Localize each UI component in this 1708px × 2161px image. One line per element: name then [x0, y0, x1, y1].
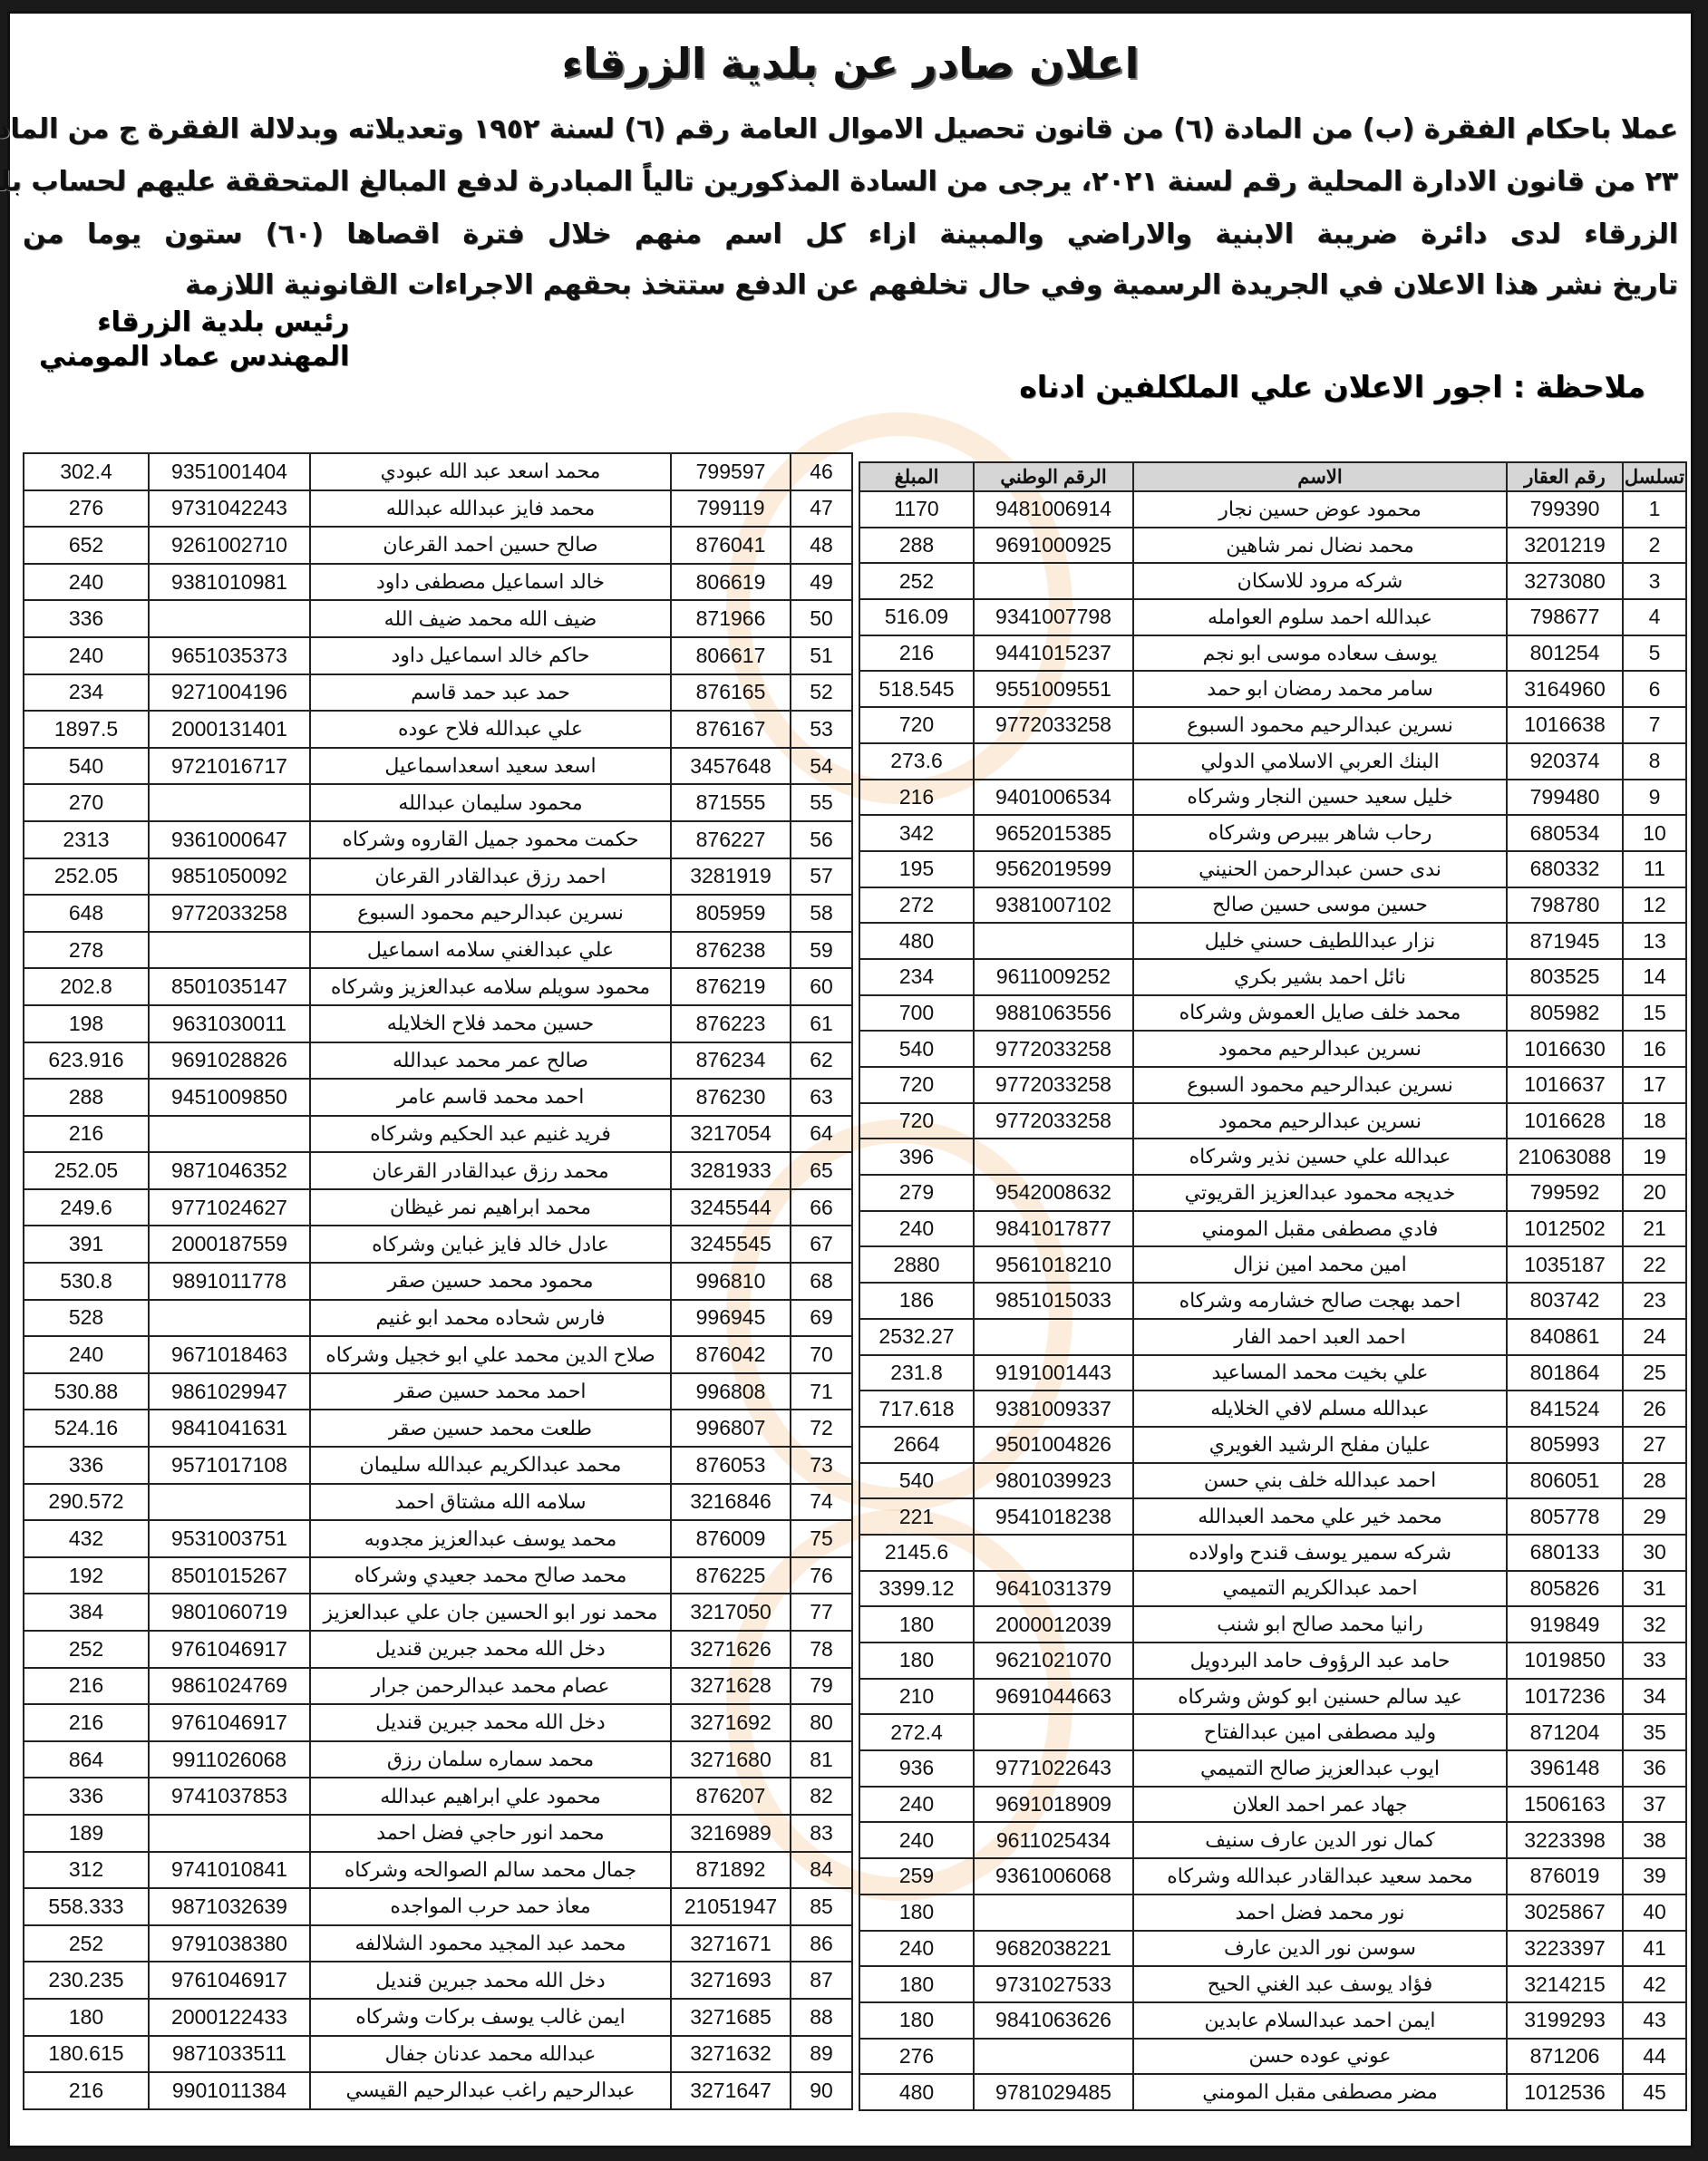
seq-cell: 34 [1623, 1679, 1686, 1715]
name-cell: اسعد سعيد اسعداسماعيل [310, 748, 671, 785]
name-cell: محمد سماره سلمان رزق [310, 1741, 671, 1778]
name-cell: فارس شحاده محمد ابو غنيم [310, 1300, 671, 1337]
national-id-cell [974, 563, 1133, 599]
national-id-cell: 9841063626 [974, 2002, 1133, 2039]
name-cell: نزار عبداللطيف حسني خليل [1133, 923, 1507, 959]
name-cell: خالد اسماعيل مصطفى داود [310, 564, 671, 601]
name-cell: محمد ابراهيم نمر غيظان [310, 1189, 671, 1226]
property-no-cell: 3245545 [671, 1226, 791, 1263]
national-id-cell: 9631030011 [149, 1005, 310, 1042]
name-cell: كمال نور الدين عارف سنيف [1133, 1822, 1507, 1858]
seq-cell: 18 [1623, 1103, 1686, 1139]
seq-cell: 90 [791, 2072, 852, 2109]
name-cell: عبدالله محمد عدنان جفال [310, 2036, 671, 2073]
table-row: 71996808احمد محمد حسين صقر9861029947530.… [24, 1373, 852, 1410]
national-id-cell: 9731042243 [149, 490, 310, 528]
table-row: 73876053محمد عبدالكريم عبدالله سليمان957… [24, 1447, 852, 1484]
national-id-cell: 9871046352 [149, 1152, 310, 1189]
property-no-cell: 805826 [1507, 1571, 1623, 1607]
table-row: 873271693دخل الله محمد جبرين قنديل976104… [24, 1962, 852, 1999]
amount-cell: 192 [24, 1557, 149, 1594]
seq-cell: 7 [1623, 707, 1686, 743]
seq-cell: 5 [1623, 635, 1686, 672]
name-cell: دخل الله محمد جبرين قنديل [310, 1962, 671, 1999]
amount-cell: 252 [859, 563, 974, 599]
table-row: 10680534رحاب شاهر بيبرص وشركاه9652015385… [859, 815, 1686, 851]
table-row: 793271628عصام محمد عبدالرحمن جرار9861024… [24, 1668, 852, 1705]
amount-cell: 2880 [859, 1246, 974, 1283]
seq-cell: 62 [791, 1042, 852, 1080]
property-no-cell: 3271626 [671, 1631, 791, 1668]
property-no-cell: 876053 [671, 1447, 791, 1484]
seq-cell: 15 [1623, 995, 1686, 1032]
property-no-cell: 806051 [1507, 1463, 1623, 1499]
national-id-cell: 9381007102 [974, 887, 1133, 924]
property-no-cell: 871892 [671, 1852, 791, 1889]
table-row: 341017236عيد سالم حسنين ابو كوش وشركاه96… [859, 1679, 1686, 1715]
name-cell: عيد سالم حسنين ابو كوش وشركاه [1133, 1679, 1507, 1715]
amount-cell: 278 [24, 932, 149, 969]
table-row: 15805982محمد خلف صايل العموش وشركاه98810… [859, 995, 1686, 1032]
national-id-cell: 2000131401 [149, 711, 310, 748]
national-id-cell: 9841041631 [149, 1410, 310, 1447]
seq-cell: 70 [791, 1336, 852, 1373]
seq-cell: 10 [1623, 815, 1686, 851]
table-row: 25801864علي بخيت محمد المساعيد9191001443… [859, 1355, 1686, 1391]
table-row: 23201219محمد نضال نمر شاهين9691000925288 [859, 528, 1686, 564]
name-cell: جمال محمد سالم الصوالحه وشركاه [310, 1852, 671, 1889]
national-id-cell: 9761046917 [149, 1962, 310, 1999]
seq-cell: 4 [1623, 599, 1686, 635]
amount-cell: 252 [24, 1631, 149, 1668]
seq-cell: 26 [1623, 1391, 1686, 1427]
name-cell: عبدالله احمد سلوم العوامله [1133, 599, 1507, 635]
property-no-cell: 1017236 [1507, 1679, 1623, 1715]
signature-title: رئيس بلدية الزرقاء [39, 305, 349, 340]
amount-cell: 216 [24, 2072, 149, 2109]
amount-cell: 648 [24, 895, 149, 932]
table-row: 75876009محمد يوسف عبدالعزيز مجدوبه953100… [24, 1520, 852, 1557]
national-id-cell: 9871032639 [149, 1888, 310, 1925]
table-row: 62876234صالح عمر محمد عبدالله96910288266… [24, 1042, 852, 1080]
national-id-cell: 9791038380 [149, 1925, 310, 1962]
amount-cell: 342 [859, 815, 974, 851]
table-row: 32919849رانيا محمد صالح ابو شنب200001203… [859, 1606, 1686, 1643]
national-id-cell: 9741037853 [149, 1778, 310, 1815]
property-no-cell: 876219 [671, 968, 791, 1005]
national-id-cell [149, 1300, 310, 1337]
national-id-cell: 9562019599 [974, 851, 1133, 887]
name-cell: محمود عوض حسين نجار [1133, 491, 1507, 528]
amount-cell: 936 [859, 1750, 974, 1787]
amount-cell: 186 [859, 1283, 974, 1319]
name-cell: نسرين عبدالرحيم محمود السبوع [1133, 1067, 1507, 1103]
table-row: 53876167علي عبدالله فلاح عوده20001314011… [24, 711, 852, 748]
seq-cell: 72 [791, 1410, 852, 1447]
table-row: 68996810محمود محمد حسين صقر9891011778530… [24, 1263, 852, 1300]
national-id-cell: 9771022643 [974, 1750, 1133, 1787]
paragraph-line-1: عملا باحكام الفقرة (ب) من المادة (٦) من … [23, 113, 1678, 145]
name-cell: عبدالله علي حسين نذير وشركاه [1133, 1139, 1507, 1175]
table-row: 26841524عبدالله مسلم لافي الخلايله938100… [859, 1391, 1686, 1427]
name-cell: عليان مفلح الرشيد الغويري [1133, 1427, 1507, 1463]
name-cell: محمد رزق عبدالقادر القرعان [310, 1152, 671, 1189]
amount-cell: 558.333 [24, 1888, 149, 1925]
name-cell: علي عبدالغني سلامه اسماعيل [310, 932, 671, 969]
name-cell: فريد غنيم عبد الحكيم وشركاه [310, 1116, 671, 1153]
property-no-cell: 3271671 [671, 1925, 791, 1962]
table-row: 69996945فارس شحاده محمد ابو غنيم528 [24, 1300, 852, 1337]
name-cell: محمود سويلم سلامه عبدالعزيز وشركاه [310, 968, 671, 1005]
seq-cell: 57 [791, 858, 852, 896]
national-id-cell: 9691018909 [974, 1787, 1133, 1823]
property-no-cell: 799597 [671, 453, 791, 490]
table-row: 44871206عوني عوده حسن276 [859, 2039, 1686, 2075]
name-cell: فادي مصطفى مقبل المومني [1133, 1211, 1507, 1247]
amount-cell: 528 [24, 1300, 149, 1337]
property-no-cell: 871555 [671, 784, 791, 821]
seq-cell: 14 [1623, 959, 1686, 995]
taxpayers-table-left: 46799597محمد اسعد عبد الله عبودي93510014… [23, 452, 853, 2110]
property-no-cell: 3457648 [671, 748, 791, 785]
table-row: 1921063088عبدالله علي حسين نذير وشركاه39… [859, 1139, 1686, 1175]
name-cell: خديجه محمود عبدالعزيز القريوتي [1133, 1175, 1507, 1211]
seq-cell: 87 [791, 1962, 852, 1999]
amount-cell: 336 [24, 1778, 149, 1815]
national-id-cell: 9361006068 [974, 1858, 1133, 1895]
amount-cell: 276 [24, 490, 149, 528]
national-id-cell: 9611025434 [974, 1822, 1133, 1858]
amount-cell: 288 [859, 528, 974, 564]
seq-cell: 46 [791, 453, 852, 490]
seq-cell: 35 [1623, 1714, 1686, 1750]
name-cell: محمد انور حاجي فضل احمد [310, 1815, 671, 1852]
name-cell: مضر مصطفى مقبل المومني [1133, 2074, 1507, 2110]
name-cell: وليد مصطفى امين عبدالفتاح [1133, 1714, 1507, 1750]
name-cell: محمد فايز عبدالله عبدالله [310, 490, 671, 528]
amount-cell: 180 [859, 2002, 974, 2039]
amount-cell: 1170 [859, 491, 974, 528]
seq-cell: 45 [1623, 2074, 1686, 2110]
property-no-cell: 1012502 [1507, 1211, 1623, 1247]
amount-cell: 3399.12 [859, 1571, 974, 1607]
national-id-cell: 9611009252 [974, 959, 1133, 995]
national-id-cell: 9781029485 [974, 2074, 1133, 2110]
name-cell: ايمن احمد عبدالسلام عابدين [1133, 2002, 1507, 2039]
table-row: 23803742احمد بهجت صالح خشارمه وشركاه9851… [859, 1283, 1686, 1319]
amount-cell: 700 [859, 995, 974, 1032]
name-cell: عصام محمد عبدالرحمن جرار [310, 1668, 671, 1705]
amount-cell: 180 [859, 1606, 974, 1643]
national-id-cell: 9351001404 [149, 453, 310, 490]
national-id-cell: 9851015033 [974, 1283, 1133, 1319]
name-cell: حاكم خالد اسماعيل داود [310, 637, 671, 674]
name-cell: سلامه الله مشتاق احمد [310, 1484, 671, 1521]
national-id-cell: 9651035373 [149, 637, 310, 674]
property-no-cell: 876238 [671, 932, 791, 969]
name-cell: امين محمد امين نزال [1133, 1246, 1507, 1283]
property-no-cell: 396148 [1507, 1750, 1623, 1787]
seq-cell: 24 [1623, 1319, 1686, 1355]
national-id-cell [149, 784, 310, 821]
table-row: 20799592خديجه محمود عبدالعزيز القريوتي95… [859, 1175, 1686, 1211]
table-row: 663245544محمد ابراهيم نمر غيظان977102462… [24, 1189, 852, 1226]
amount-cell: 180 [859, 1966, 974, 2002]
seq-cell: 81 [791, 1741, 852, 1778]
name-cell: نور محمد فضل احمد [1133, 1895, 1507, 1931]
property-no-cell: 803525 [1507, 959, 1623, 995]
amount-cell: 210 [859, 1679, 974, 1715]
table-row: 63876230احمد محمد قاسم عامر9451009850288 [24, 1079, 852, 1116]
seq-cell: 20 [1623, 1175, 1686, 1211]
amount-cell: 2532.27 [859, 1319, 974, 1355]
name-cell: محمد صالح محمد جعيدي وشركاه [310, 1557, 671, 1594]
paragraph-line-4: تاريخ نشر هذا الاعلان في الجريدة الرسمية… [309, 269, 1678, 301]
table-row: 49806619خالد اسماعيل مصطفى داود938101098… [24, 564, 852, 601]
name-cell: محمود علي ابراهيم عبدالله [310, 1778, 671, 1815]
table-row: 47799119محمد فايز عبدالله عبدالله9731042… [24, 490, 852, 528]
amount-cell: 2145.6 [859, 1535, 974, 1571]
property-no-cell: 3245544 [671, 1189, 791, 1226]
seq-cell: 55 [791, 784, 852, 821]
seq-cell: 78 [791, 1631, 852, 1668]
table-row: 24840861احمد العبد احمد الفار2532.27 [859, 1319, 1686, 1355]
table-row: 451012536مضر مصطفى مقبل المومني978102948… [859, 2074, 1686, 2110]
col-header-national-id: الرقم الوطني [974, 462, 1133, 491]
amount-cell: 540 [24, 748, 149, 785]
national-id-cell: 9271004196 [149, 674, 310, 712]
property-no-cell: 876041 [671, 527, 791, 564]
name-cell: رحاب شاهر بيبرص وشركاه [1133, 815, 1507, 851]
name-cell: محمد خير علي محمد العبدالله [1133, 1498, 1507, 1535]
amount-cell: 240 [24, 564, 149, 601]
table-row: 9799480خليل سعيد حسين النجار وشركاه94010… [859, 780, 1686, 816]
amount-cell: 279 [859, 1175, 974, 1211]
property-no-cell: 871945 [1507, 923, 1623, 959]
national-id-cell: 9691028826 [149, 1042, 310, 1080]
name-cell: دخل الله محمد جبرين قنديل [310, 1631, 671, 1668]
amount-cell: 252.05 [24, 858, 149, 896]
table-row: 30680133شركه سمير يوسف قندح واولاده2145.… [859, 1535, 1686, 1571]
seq-cell: 76 [791, 1557, 852, 1594]
property-no-cell: 876223 [671, 1005, 791, 1042]
table-header-row: تسلسل رقم العقار الاسم الرقم الوطني المب… [859, 462, 1686, 491]
national-id-cell: 9801060719 [149, 1594, 310, 1631]
seq-cell: 29 [1623, 1498, 1686, 1535]
name-cell: محمد يوسف عبدالعزيز مجدوبه [310, 1520, 671, 1557]
name-cell: محمد سعيد عبدالقادر عبدالله وشركاه [1133, 1858, 1507, 1895]
name-cell: ايوب عبدالعزيز صالح التميمي [1133, 1750, 1507, 1787]
table-row: 5801254يوسف سعاده موسى ابو نجم9441015237… [859, 635, 1686, 672]
property-no-cell: 1016638 [1507, 707, 1623, 743]
property-no-cell: 21063088 [1507, 1139, 1623, 1175]
table-row: 61876223حسين محمد فلاح الخلايله963103001… [24, 1005, 852, 1042]
national-id-cell: 9481006914 [974, 491, 1133, 528]
amount-cell: 623.916 [24, 1042, 149, 1080]
property-no-cell: 871206 [1507, 2039, 1623, 2075]
national-id-cell: 9761046917 [149, 1631, 310, 1668]
page-title: اعلان صادر عن بلدية الزرقاء [10, 39, 1691, 88]
name-cell: سامر محمد رمضان ابو حمد [1133, 671, 1507, 707]
property-no-cell: 3217050 [671, 1594, 791, 1631]
table-row: 743216846سلامه الله مشتاق احمد290.572 [24, 1484, 852, 1521]
property-no-cell: 680332 [1507, 851, 1623, 887]
name-cell: حمد عبد حمد قاسم [310, 674, 671, 712]
table-row: 13871945نزار عبداللطيف حسني خليل480 [859, 923, 1686, 959]
name-cell: محمد عبدالكريم عبدالله سليمان [310, 1447, 671, 1484]
name-cell: رانيا محمد صالح ابو شنب [1133, 1606, 1507, 1643]
seq-cell: 49 [791, 564, 852, 601]
property-no-cell: 1016637 [1507, 1067, 1623, 1103]
national-id-cell: 9772033258 [149, 895, 310, 932]
name-cell: حكمت محمود جميل القاروه وشركاه [310, 821, 671, 858]
name-cell: احمد بهجت صالح خشارمه وشركاه [1133, 1283, 1507, 1319]
national-id-cell: 9901011384 [149, 2072, 310, 2109]
seq-cell: 19 [1623, 1139, 1686, 1175]
amount-cell: 234 [24, 674, 149, 712]
national-id-cell: 9531003751 [149, 1520, 310, 1557]
seq-cell: 52 [791, 674, 852, 712]
name-cell: ايمن غالب يوسف بركات وشركاه [310, 1999, 671, 2036]
national-id-cell: 9731027533 [974, 1966, 1133, 2002]
amount-cell: 180 [24, 1999, 149, 2036]
property-no-cell: 799119 [671, 490, 791, 528]
table-row: 893271632عبدالله محمد عدنان جفال98710335… [24, 2036, 852, 2073]
seq-cell: 53 [791, 711, 852, 748]
col-header-name: الاسم [1133, 462, 1507, 491]
property-no-cell: 876230 [671, 1079, 791, 1116]
seq-cell: 80 [791, 1704, 852, 1741]
amount-cell: 189 [24, 1815, 149, 1852]
national-id-cell: 9621021070 [974, 1643, 1133, 1679]
name-cell: حسين محمد فلاح الخلايله [310, 1005, 671, 1042]
property-no-cell: 3273080 [1507, 563, 1623, 599]
table-row: 51806617حاكم خالد اسماعيل داود9651035373… [24, 637, 852, 674]
name-cell: حسين موسى حسين صالح [1133, 887, 1507, 924]
national-id-cell: 9741010841 [149, 1852, 310, 1889]
name-cell: جهاد عمر احمد العلان [1133, 1787, 1507, 1823]
national-id-cell: 9871033511 [149, 2036, 310, 2073]
seq-cell: 85 [791, 1888, 852, 1925]
property-no-cell: 798677 [1507, 599, 1623, 635]
property-no-cell: 876019 [1507, 1858, 1623, 1895]
name-cell: شركه مرود للاسكان [1133, 563, 1507, 599]
amount-cell: 540 [859, 1031, 974, 1067]
amount-cell: 216 [24, 1668, 149, 1705]
amount-cell: 864 [24, 1741, 149, 1778]
seq-cell: 74 [791, 1484, 852, 1521]
amount-cell: 396 [859, 1139, 974, 1175]
seq-cell: 71 [791, 1373, 852, 1410]
name-cell: عوني عوده حسن [1133, 2039, 1507, 2075]
name-cell: احمد محمد قاسم عامر [310, 1079, 671, 1116]
name-cell: ضيف الله محمد ضيف الله [310, 600, 671, 637]
seq-cell: 75 [791, 1520, 852, 1557]
name-cell: محمد عبد المجيد محمود الشلالفه [310, 1925, 671, 1962]
amount-cell: 2664 [859, 1427, 974, 1463]
table-row: 221035187امين محمد امين نزال956101821028… [859, 1246, 1686, 1283]
name-cell: نسرين عبدالرحيم محمود السبوع [310, 895, 671, 932]
national-id-cell: 9542008632 [974, 1175, 1133, 1211]
table-row: 863271671محمد عبد المجيد محمود الشلالفه9… [24, 1925, 852, 1962]
amount-cell: 1897.5 [24, 711, 149, 748]
property-no-cell: 876207 [671, 1778, 791, 1815]
name-cell: احمد العبد احمد الفار [1133, 1319, 1507, 1355]
amount-cell: 288 [24, 1079, 149, 1116]
property-no-cell: 805982 [1507, 995, 1623, 1032]
amount-cell: 336 [24, 600, 149, 637]
name-cell: محمود سليمان عبدالله [310, 784, 671, 821]
table-row: 371506163جهاد عمر احمد العلان96910189092… [859, 1787, 1686, 1823]
name-cell: البنك العربي الاسلامي الدولي [1133, 743, 1507, 780]
seq-cell: 38 [1623, 1822, 1686, 1858]
table-row: 82876207محمود علي ابراهيم عبدالله9741037… [24, 1778, 852, 1815]
property-no-cell: 805778 [1507, 1498, 1623, 1535]
table-row: 211012502فادي مصطفى مقبل المومني98410178… [859, 1211, 1686, 1247]
table-row: 72996807طلعت محمد حسين صقر9841041631524.… [24, 1410, 852, 1447]
national-id-cell: 9381010981 [149, 564, 310, 601]
seq-cell: 23 [1623, 1283, 1686, 1319]
national-id-cell: 9761046917 [149, 1704, 310, 1741]
national-id-cell: 9801039923 [974, 1463, 1133, 1499]
national-id-cell: 8501035147 [149, 968, 310, 1005]
property-no-cell: 3271680 [671, 1741, 791, 1778]
amount-cell: 391 [24, 1226, 149, 1263]
property-no-cell: 876009 [671, 1520, 791, 1557]
property-no-cell: 1016630 [1507, 1031, 1623, 1067]
table-row: 653281933محمد رزق عبدالقادر القرعان98710… [24, 1152, 852, 1189]
seq-cell: 66 [791, 1189, 852, 1226]
taxpayers-table-right: تسلسل رقم العقار الاسم الرقم الوطني المب… [859, 461, 1687, 2111]
national-id-cell: 9441015237 [974, 635, 1133, 672]
seq-cell: 54 [791, 748, 852, 785]
property-no-cell: 841524 [1507, 1391, 1623, 1427]
amount-cell: 240 [859, 1931, 974, 1967]
seq-cell: 1 [1623, 491, 1686, 528]
name-cell: محمود محمد حسين صقر [310, 1263, 671, 1300]
national-id-cell: 9401006534 [974, 780, 1133, 816]
amount-cell: 540 [859, 1463, 974, 1499]
amount-cell: 480 [859, 2074, 974, 2110]
amount-cell: 717.618 [859, 1391, 974, 1427]
table-row: 55871555محمود سليمان عبدالله270 [24, 784, 852, 821]
table-row: 33273080شركه مرود للاسكان252 [859, 563, 1686, 599]
property-no-cell: 3214215 [1507, 1966, 1623, 2002]
table-row: 63164960سامر محمد رمضان ابو حمد955100955… [859, 671, 1686, 707]
seq-cell: 30 [1623, 1535, 1686, 1571]
amount-cell: 518.545 [859, 671, 974, 707]
property-no-cell: 3281933 [671, 1152, 791, 1189]
property-no-cell: 3271628 [671, 1668, 791, 1705]
property-no-cell: 3223398 [1507, 1822, 1623, 1858]
table-row: 403025867نور محمد فضل احمد180 [859, 1895, 1686, 1931]
seq-cell: 39 [1623, 1858, 1686, 1895]
seq-cell: 51 [791, 637, 852, 674]
name-cell: نسرين عبدالرحيم محمود [1133, 1031, 1507, 1067]
national-id-cell: 9561018210 [974, 1246, 1133, 1283]
seq-cell: 3 [1623, 563, 1686, 599]
national-id-cell: 9451009850 [149, 1079, 310, 1116]
property-no-cell: 806617 [671, 637, 791, 674]
amount-cell: 2313 [24, 821, 149, 858]
seq-cell: 89 [791, 2036, 852, 2073]
national-id-cell: 8501015267 [149, 1557, 310, 1594]
table-row: 181016628نسرين عبدالرحيم محمود9772033258… [859, 1103, 1686, 1139]
signature-block: رئيس بلدية الزرقاء المهندس عماد المومني [39, 305, 349, 374]
property-no-cell: 3271693 [671, 1962, 791, 1999]
property-no-cell: 3216846 [671, 1484, 791, 1521]
national-id-cell: 9341007798 [974, 599, 1133, 635]
